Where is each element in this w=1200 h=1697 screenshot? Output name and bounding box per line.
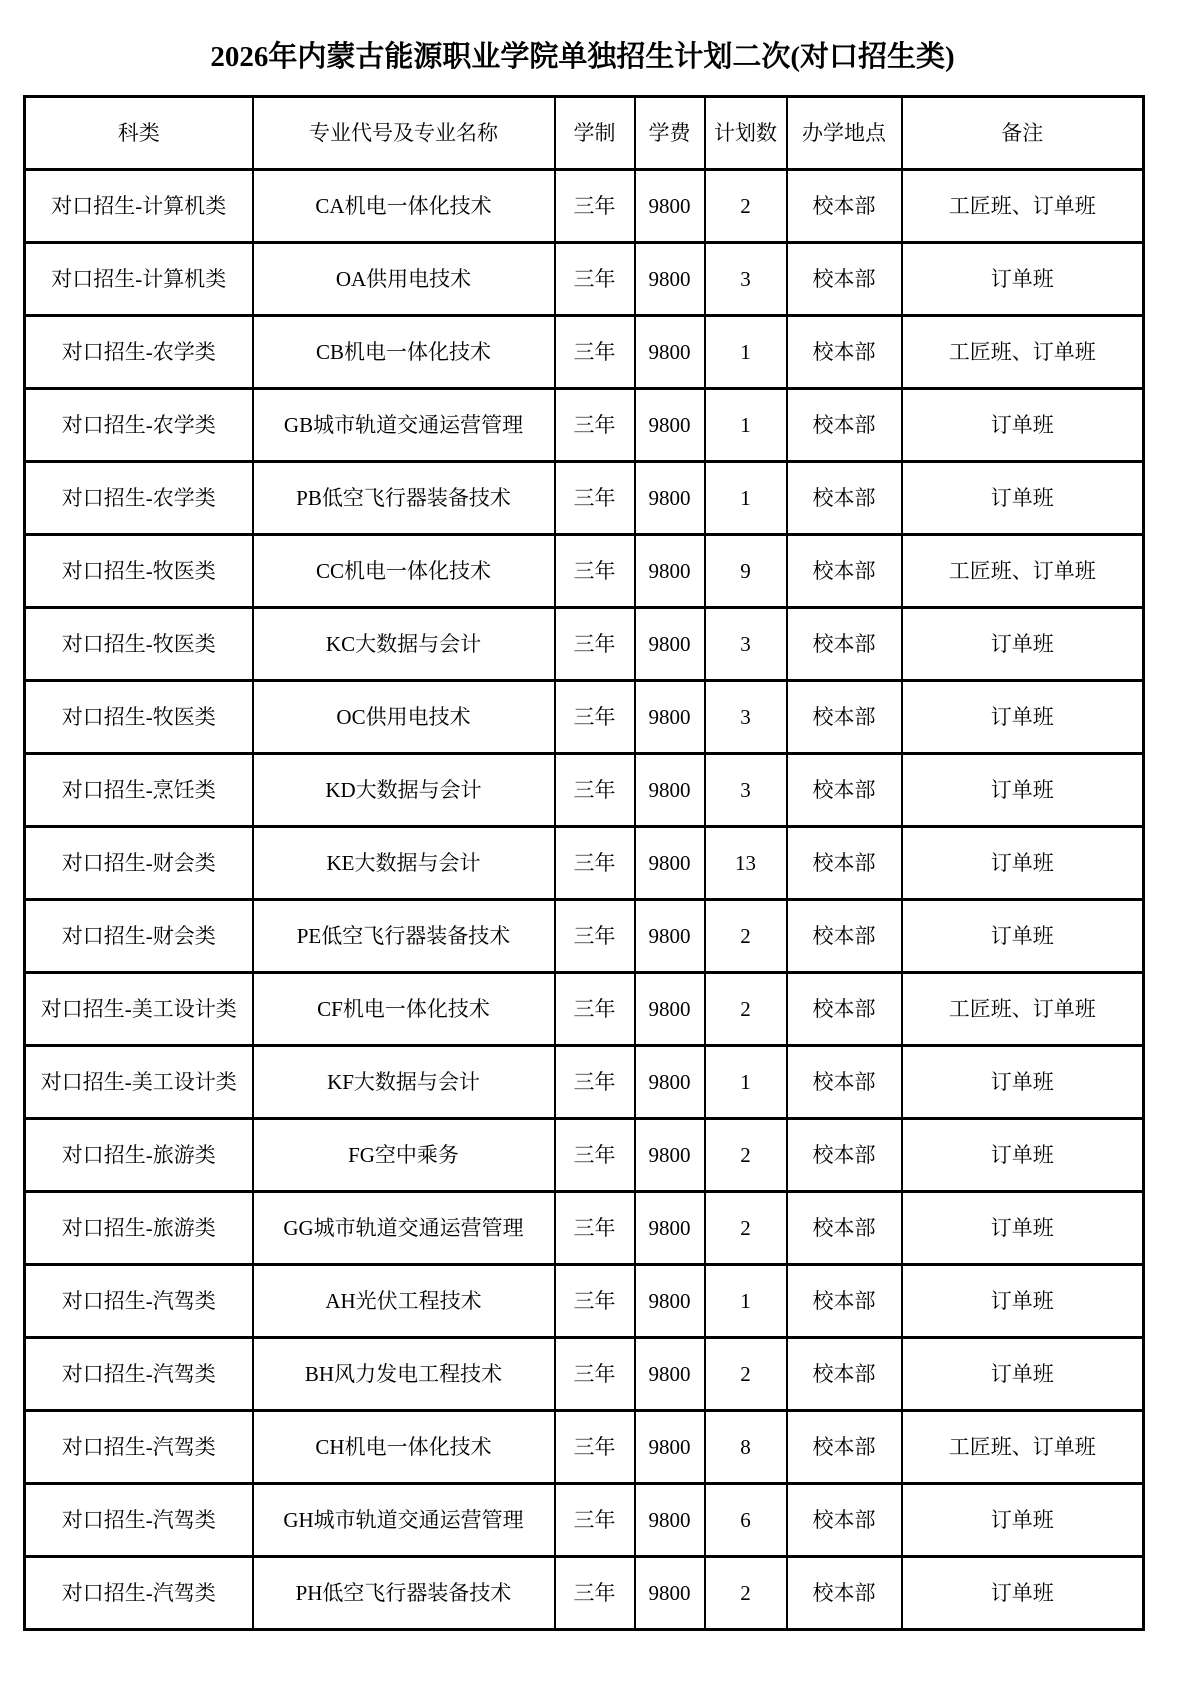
cell-plan-count: 3 bbox=[705, 754, 787, 827]
cell-major: KF大数据与会计 bbox=[253, 1046, 555, 1119]
cell-tuition: 9800 bbox=[635, 1411, 705, 1484]
cell-remark: 订单班 bbox=[902, 1119, 1144, 1192]
table-row: 对口招生-美工设计类KF大数据与会计三年98001校本部订单班 bbox=[25, 1046, 1144, 1119]
cell-major: GG城市轨道交通运营管理 bbox=[253, 1192, 555, 1265]
cell-tuition: 9800 bbox=[635, 462, 705, 535]
cell-duration: 三年 bbox=[555, 827, 635, 900]
cell-tuition: 9800 bbox=[635, 1484, 705, 1557]
cell-tuition: 9800 bbox=[635, 1265, 705, 1338]
table-row: 对口招生-汽驾类GH城市轨道交通运营管理三年98006校本部订单班 bbox=[25, 1484, 1144, 1557]
cell-duration: 三年 bbox=[555, 681, 635, 754]
cell-remark: 订单班 bbox=[902, 827, 1144, 900]
cell-category: 对口招生-农学类 bbox=[25, 462, 253, 535]
cell-category: 对口招生-计算机类 bbox=[25, 243, 253, 316]
cell-category: 对口招生-汽驾类 bbox=[25, 1411, 253, 1484]
cell-major: OA供用电技术 bbox=[253, 243, 555, 316]
cell-remark: 工匠班、订单班 bbox=[902, 973, 1144, 1046]
cell-duration: 三年 bbox=[555, 1265, 635, 1338]
table-row: 对口招生-旅游类FG空中乘务三年98002校本部订单班 bbox=[25, 1119, 1144, 1192]
cell-duration: 三年 bbox=[555, 1192, 635, 1265]
column-header-duration: 学制 bbox=[555, 97, 635, 170]
cell-tuition: 9800 bbox=[635, 389, 705, 462]
column-header-remark: 备注 bbox=[902, 97, 1144, 170]
cell-major: PB低空飞行器装备技术 bbox=[253, 462, 555, 535]
cell-remark: 订单班 bbox=[902, 1557, 1144, 1630]
cell-duration: 三年 bbox=[555, 316, 635, 389]
cell-plan-count: 1 bbox=[705, 316, 787, 389]
cell-plan-count: 2 bbox=[705, 170, 787, 243]
cell-tuition: 9800 bbox=[635, 1046, 705, 1119]
cell-major: KE大数据与会计 bbox=[253, 827, 555, 900]
cell-major: FG空中乘务 bbox=[253, 1119, 555, 1192]
cell-tuition: 9800 bbox=[635, 754, 705, 827]
cell-remark: 订单班 bbox=[902, 389, 1144, 462]
table-row: 对口招生-牧医类KC大数据与会计三年98003校本部订单班 bbox=[25, 608, 1144, 681]
cell-plan-count: 3 bbox=[705, 608, 787, 681]
cell-campus: 校本部 bbox=[787, 1265, 902, 1338]
cell-duration: 三年 bbox=[555, 170, 635, 243]
table-row: 对口招生-财会类PE低空飞行器装备技术三年98002校本部订单班 bbox=[25, 900, 1144, 973]
cell-category: 对口招生-汽驾类 bbox=[25, 1265, 253, 1338]
column-header-category: 科类 bbox=[25, 97, 253, 170]
cell-remark: 订单班 bbox=[902, 900, 1144, 973]
cell-plan-count: 3 bbox=[705, 243, 787, 316]
cell-campus: 校本部 bbox=[787, 827, 902, 900]
enrollment-plan-table: 科类专业代号及专业名称学制学费计划数办学地点备注 对口招生-计算机类CA机电一体… bbox=[23, 95, 1145, 1631]
cell-tuition: 9800 bbox=[635, 1557, 705, 1630]
cell-duration: 三年 bbox=[555, 462, 635, 535]
cell-tuition: 9800 bbox=[635, 973, 705, 1046]
table-row: 对口招生-烹饪类KD大数据与会计三年98003校本部订单班 bbox=[25, 754, 1144, 827]
cell-major: CF机电一体化技术 bbox=[253, 973, 555, 1046]
table-row: 对口招生-计算机类OA供用电技术三年98003校本部订单班 bbox=[25, 243, 1144, 316]
cell-duration: 三年 bbox=[555, 608, 635, 681]
cell-major: GB城市轨道交通运营管理 bbox=[253, 389, 555, 462]
page-title: 2026年内蒙古能源职业学院单独招生计划二次(对口招生类) bbox=[23, 34, 1142, 75]
cell-category: 对口招生-财会类 bbox=[25, 827, 253, 900]
cell-remark: 工匠班、订单班 bbox=[902, 535, 1144, 608]
cell-remark: 订单班 bbox=[902, 1484, 1144, 1557]
cell-plan-count: 1 bbox=[705, 389, 787, 462]
cell-remark: 订单班 bbox=[902, 754, 1144, 827]
cell-campus: 校本部 bbox=[787, 1484, 902, 1557]
cell-plan-count: 3 bbox=[705, 681, 787, 754]
cell-remark: 工匠班、订单班 bbox=[902, 170, 1144, 243]
cell-plan-count: 13 bbox=[705, 827, 787, 900]
cell-campus: 校本部 bbox=[787, 1192, 902, 1265]
cell-campus: 校本部 bbox=[787, 608, 902, 681]
cell-campus: 校本部 bbox=[787, 900, 902, 973]
cell-plan-count: 9 bbox=[705, 535, 787, 608]
cell-remark: 工匠班、订单班 bbox=[902, 1411, 1144, 1484]
cell-duration: 三年 bbox=[555, 535, 635, 608]
cell-plan-count: 2 bbox=[705, 1119, 787, 1192]
cell-duration: 三年 bbox=[555, 754, 635, 827]
cell-plan-count: 8 bbox=[705, 1411, 787, 1484]
cell-tuition: 9800 bbox=[635, 535, 705, 608]
cell-plan-count: 1 bbox=[705, 1046, 787, 1119]
cell-duration: 三年 bbox=[555, 900, 635, 973]
cell-major: BH风力发电工程技术 bbox=[253, 1338, 555, 1411]
table-row: 对口招生-汽驾类AH光伏工程技术三年98001校本部订单班 bbox=[25, 1265, 1144, 1338]
table-row: 对口招生-汽驾类CH机电一体化技术三年98008校本部工匠班、订单班 bbox=[25, 1411, 1144, 1484]
table-row: 对口招生-财会类KE大数据与会计三年980013校本部订单班 bbox=[25, 827, 1144, 900]
column-header-campus: 办学地点 bbox=[787, 97, 902, 170]
cell-plan-count: 1 bbox=[705, 462, 787, 535]
cell-major: AH光伏工程技术 bbox=[253, 1265, 555, 1338]
table-row: 对口招生-汽驾类PH低空飞行器装备技术三年98002校本部订单班 bbox=[25, 1557, 1144, 1630]
table-row: 对口招生-牧医类OC供用电技术三年98003校本部订单班 bbox=[25, 681, 1144, 754]
column-header-tuition: 学费 bbox=[635, 97, 705, 170]
cell-category: 对口招生-旅游类 bbox=[25, 1119, 253, 1192]
cell-plan-count: 2 bbox=[705, 1338, 787, 1411]
cell-tuition: 9800 bbox=[635, 170, 705, 243]
cell-tuition: 9800 bbox=[635, 608, 705, 681]
cell-category: 对口招生-牧医类 bbox=[25, 681, 253, 754]
cell-major: CC机电一体化技术 bbox=[253, 535, 555, 608]
table-row: 对口招生-牧医类CC机电一体化技术三年98009校本部工匠班、订单班 bbox=[25, 535, 1144, 608]
cell-plan-count: 1 bbox=[705, 1265, 787, 1338]
cell-category: 对口招生-农学类 bbox=[25, 389, 253, 462]
cell-major: PH低空飞行器装备技术 bbox=[253, 1557, 555, 1630]
cell-remark: 订单班 bbox=[902, 608, 1144, 681]
cell-duration: 三年 bbox=[555, 1557, 635, 1630]
cell-tuition: 9800 bbox=[635, 827, 705, 900]
cell-remark: 订单班 bbox=[902, 1265, 1144, 1338]
cell-category: 对口招生-牧医类 bbox=[25, 535, 253, 608]
cell-category: 对口招生-计算机类 bbox=[25, 170, 253, 243]
cell-campus: 校本部 bbox=[787, 243, 902, 316]
cell-campus: 校本部 bbox=[787, 1338, 902, 1411]
cell-category: 对口招生-美工设计类 bbox=[25, 1046, 253, 1119]
cell-remark: 订单班 bbox=[902, 1338, 1144, 1411]
cell-tuition: 9800 bbox=[635, 900, 705, 973]
cell-category: 对口招生-汽驾类 bbox=[25, 1338, 253, 1411]
cell-remark: 工匠班、订单班 bbox=[902, 316, 1144, 389]
cell-campus: 校本部 bbox=[787, 316, 902, 389]
cell-tuition: 9800 bbox=[635, 316, 705, 389]
cell-campus: 校本部 bbox=[787, 1557, 902, 1630]
table-row: 对口招生-农学类CB机电一体化技术三年98001校本部工匠班、订单班 bbox=[25, 316, 1144, 389]
cell-tuition: 9800 bbox=[635, 1119, 705, 1192]
cell-duration: 三年 bbox=[555, 1046, 635, 1119]
cell-remark: 订单班 bbox=[902, 243, 1144, 316]
cell-duration: 三年 bbox=[555, 1338, 635, 1411]
cell-category: 对口招生-烹饪类 bbox=[25, 754, 253, 827]
cell-category: 对口招生-汽驾类 bbox=[25, 1484, 253, 1557]
cell-tuition: 9800 bbox=[635, 1338, 705, 1411]
cell-duration: 三年 bbox=[555, 1484, 635, 1557]
cell-major: CA机电一体化技术 bbox=[253, 170, 555, 243]
cell-plan-count: 2 bbox=[705, 900, 787, 973]
cell-tuition: 9800 bbox=[635, 681, 705, 754]
table-row: 对口招生-农学类GB城市轨道交通运营管理三年98001校本部订单班 bbox=[25, 389, 1144, 462]
table-row: 对口招生-旅游类GG城市轨道交通运营管理三年98002校本部订单班 bbox=[25, 1192, 1144, 1265]
cell-category: 对口招生-农学类 bbox=[25, 316, 253, 389]
cell-tuition: 9800 bbox=[635, 243, 705, 316]
cell-campus: 校本部 bbox=[787, 1046, 902, 1119]
cell-remark: 订单班 bbox=[902, 681, 1144, 754]
cell-major: GH城市轨道交通运营管理 bbox=[253, 1484, 555, 1557]
cell-major: KD大数据与会计 bbox=[253, 754, 555, 827]
cell-category: 对口招生-财会类 bbox=[25, 900, 253, 973]
table-row: 对口招生-汽驾类BH风力发电工程技术三年98002校本部订单班 bbox=[25, 1338, 1144, 1411]
cell-major: OC供用电技术 bbox=[253, 681, 555, 754]
table-body: 对口招生-计算机类CA机电一体化技术三年98002校本部工匠班、订单班对口招生-… bbox=[25, 170, 1144, 1630]
cell-major: CB机电一体化技术 bbox=[253, 316, 555, 389]
cell-tuition: 9800 bbox=[635, 1192, 705, 1265]
column-header-plan-count: 计划数 bbox=[705, 97, 787, 170]
cell-duration: 三年 bbox=[555, 973, 635, 1046]
cell-category: 对口招生-旅游类 bbox=[25, 1192, 253, 1265]
cell-campus: 校本部 bbox=[787, 462, 902, 535]
cell-plan-count: 2 bbox=[705, 1192, 787, 1265]
cell-campus: 校本部 bbox=[787, 389, 902, 462]
cell-campus: 校本部 bbox=[787, 535, 902, 608]
cell-major: PE低空飞行器装备技术 bbox=[253, 900, 555, 973]
cell-plan-count: 2 bbox=[705, 973, 787, 1046]
column-header-major: 专业代号及专业名称 bbox=[253, 97, 555, 170]
table-row: 对口招生-美工设计类CF机电一体化技术三年98002校本部工匠班、订单班 bbox=[25, 973, 1144, 1046]
cell-campus: 校本部 bbox=[787, 170, 902, 243]
cell-campus: 校本部 bbox=[787, 1119, 902, 1192]
cell-campus: 校本部 bbox=[787, 754, 902, 827]
cell-campus: 校本部 bbox=[787, 973, 902, 1046]
cell-duration: 三年 bbox=[555, 1119, 635, 1192]
cell-campus: 校本部 bbox=[787, 681, 902, 754]
cell-category: 对口招生-牧医类 bbox=[25, 608, 253, 681]
cell-campus: 校本部 bbox=[787, 1411, 902, 1484]
cell-remark: 订单班 bbox=[902, 1192, 1144, 1265]
cell-duration: 三年 bbox=[555, 389, 635, 462]
cell-category: 对口招生-汽驾类 bbox=[25, 1557, 253, 1630]
table-row: 对口招生-农学类PB低空飞行器装备技术三年98001校本部订单班 bbox=[25, 462, 1144, 535]
cell-plan-count: 6 bbox=[705, 1484, 787, 1557]
cell-major: CH机电一体化技术 bbox=[253, 1411, 555, 1484]
table-row: 对口招生-计算机类CA机电一体化技术三年98002校本部工匠班、订单班 bbox=[25, 170, 1144, 243]
cell-plan-count: 2 bbox=[705, 1557, 787, 1630]
cell-remark: 订单班 bbox=[902, 462, 1144, 535]
cell-major: KC大数据与会计 bbox=[253, 608, 555, 681]
cell-remark: 订单班 bbox=[902, 1046, 1144, 1119]
header-row: 科类专业代号及专业名称学制学费计划数办学地点备注 bbox=[25, 97, 1144, 170]
cell-duration: 三年 bbox=[555, 243, 635, 316]
cell-category: 对口招生-美工设计类 bbox=[25, 973, 253, 1046]
cell-duration: 三年 bbox=[555, 1411, 635, 1484]
